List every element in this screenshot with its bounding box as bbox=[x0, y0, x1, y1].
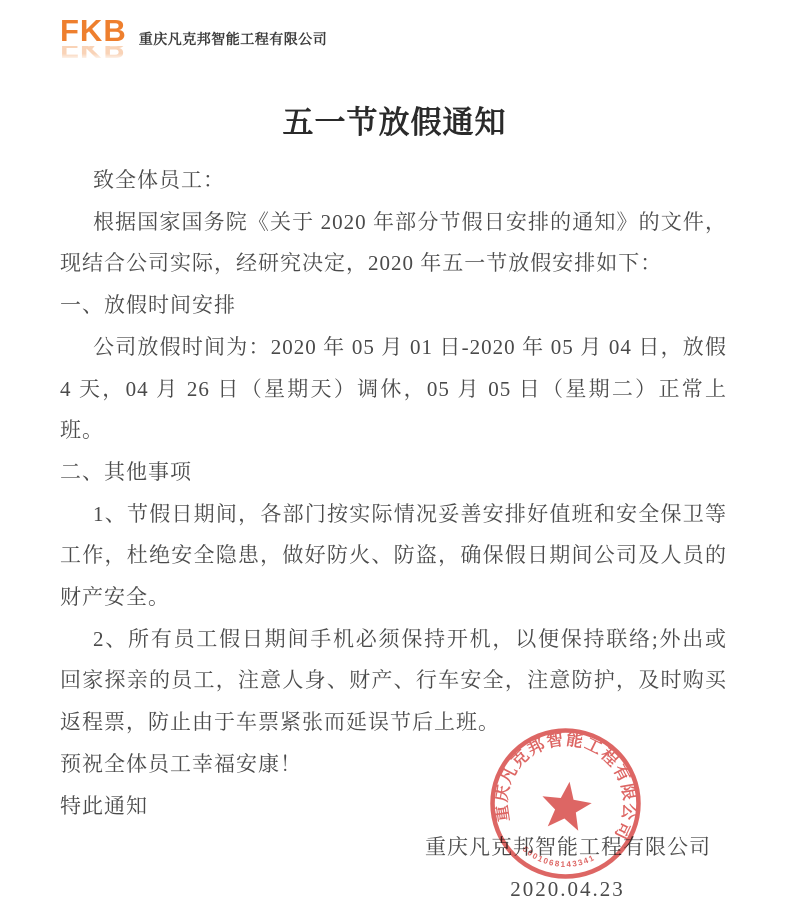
company-logo: FKB FKB bbox=[60, 18, 127, 60]
intro-paragraph: 根据国家国务院《关于 2020 年部分节假日安排的通知》的文件，现结合公司实际，… bbox=[60, 202, 727, 285]
closing-line: 特此通知 bbox=[60, 786, 727, 828]
document-title: 五一节放假通知 bbox=[0, 97, 789, 142]
logo-text: FKB bbox=[60, 18, 127, 44]
signature-block: 重庆凡克邦智能工程有限公司 2020.04.23 bbox=[425, 827, 710, 910]
section-2-item-1: 1、节假日期间，各部门按实际情况妥善安排好值班和安全保卫等工作，杜绝安全隐患，做… bbox=[60, 494, 727, 619]
section-1-paragraph: 公司放假时间为：2020 年 05 月 01 日-2020 年 05 月 04 … bbox=[60, 327, 727, 452]
logo-reflection: FKB bbox=[60, 46, 127, 60]
signature-company: 重庆凡克邦智能工程有限公司 bbox=[425, 827, 710, 869]
salutation: 致全体员工： bbox=[60, 160, 727, 202]
document-header: FKB FKB 重庆凡克邦智能工程有限公司 bbox=[60, 18, 327, 60]
signature-date: 2020.04.23 bbox=[425, 869, 710, 911]
document-page: FKB FKB 重庆凡克邦智能工程有限公司 五一节放假通知 致全体员工： 根据国… bbox=[0, 0, 789, 911]
wish-line: 预祝全体员工幸福安康！ bbox=[60, 744, 727, 786]
section-2-item-2: 2、所有员工假日期间手机必须保持开机，以便保持联络;外出或回家探亲的员工，注意人… bbox=[60, 619, 727, 744]
section-1-heading: 一、放假时间安排 bbox=[60, 285, 727, 327]
document-body: 致全体员工： 根据国家国务院《关于 2020 年部分节假日安排的通知》的文件，现… bbox=[60, 160, 727, 911]
header-company-name: 重庆凡克邦智能工程有限公司 bbox=[139, 29, 328, 49]
section-2-heading: 二、其他事项 bbox=[60, 452, 727, 494]
